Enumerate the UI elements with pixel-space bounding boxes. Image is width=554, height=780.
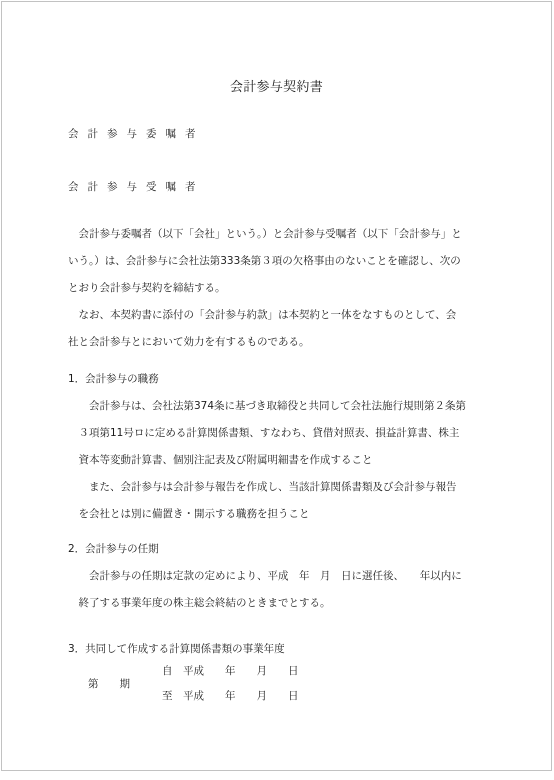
section-1-line: また、会計参与は会計参与報告を作成し、当該計算関係書類及び会計参与報告 (68, 474, 457, 501)
preamble-line: なお、本契約書に添付の「会計参与約款」は本契約と一体をなすものとして、会 (68, 302, 456, 329)
party-appointer-label: 会計参与委嘱者 (68, 121, 205, 148)
document-title: 会計参与契約書 (2, 74, 551, 101)
section-1-line: 会計参与は、会社法第374条に基づき取締役と共同して会社法施行規則第２条第 (68, 393, 466, 420)
section-1-line: ３項第11号ロに定める計算関係書類、すなわち、貸借対照表、損益計算書、株主 (68, 420, 459, 447)
section-2-line: 終了する事業年度の株主総会終結のときまでとする。 (68, 590, 331, 617)
section-2-heading: 2．会計参与の任期 (68, 536, 159, 563)
fiscal-to-row: 至 平成 年 月 日 (162, 684, 299, 709)
fiscal-rows: 自 平成 年 月 日 至 平成 年 月 日 (162, 659, 299, 709)
preamble-line: 社と会計参与とにおいて効力を有するものである。 (68, 329, 310, 356)
section-1-heading: 1．会計参与の職務 (68, 366, 159, 393)
section-1-line: を会社とは別に備置き・開示する職務を担うこと (68, 501, 310, 528)
preamble-line: 会計参与委嘱者（以下「会社」という。）と会計参与受嘱者（以下「会計参与」と (68, 221, 462, 248)
party-appointee-label: 会計参与受嘱者 (68, 174, 205, 201)
section-1-line: 資本等変動計算書、個別注記表及び附属明細書を作成すること (68, 447, 373, 474)
document-page: 会計参与契約書 会計参与委嘱者 会計参与受嘱者 会計参与委嘱者（以下「会社」とい… (1, 1, 552, 771)
preamble-line: いう。）は、会計参与に会社法第333条第３項の欠格事由のないことを確認し、次の (68, 248, 461, 275)
fiscal-from-row: 自 平成 年 月 日 (162, 659, 299, 684)
section-2-line: 会計参与の任期は定款の定めにより、平成 年 月 日に選任後、 年以内に (68, 563, 462, 590)
document-canvas: 会計参与契約書 会計参与委嘱者 会計参与受嘱者 会計参与委嘱者（以下「会社」とい… (0, 0, 554, 780)
fiscal-period-label: 第 期 (88, 672, 162, 697)
preamble-line: とおり会計参与契約を締結する。 (68, 275, 226, 302)
fiscal-year-table: 第 期 自 平成 年 月 日 至 平成 年 月 日 (88, 659, 299, 709)
